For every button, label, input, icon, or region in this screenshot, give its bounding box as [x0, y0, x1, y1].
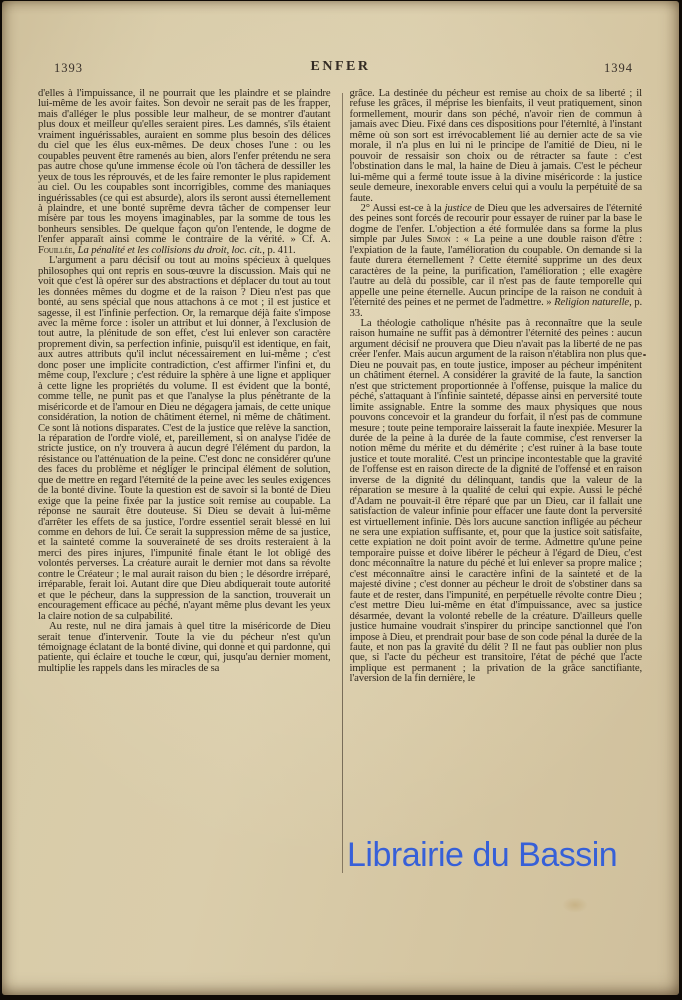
paragraph: d'elles à l'impuissance, il ne pourrait …	[38, 88, 331, 255]
page-header: 1393 ENFER 1394	[2, 59, 679, 79]
paragraph: La théologie catholique n'hésite pas à r…	[350, 318, 643, 684]
book-page: 1393 ENFER 1394 d'elles à l'impuissance,…	[2, 1, 679, 995]
paragraph: Au reste, nul ne dira jamais à quel titr…	[38, 621, 331, 673]
running-title: ENFER	[2, 59, 679, 75]
text-block: d'elles à l'impuissance, il ne pourrait …	[38, 88, 643, 880]
bookseller-watermark: Librairie du Bassin	[347, 836, 617, 875]
paragraph: grâce. La destinée du pécheur est remise…	[350, 88, 643, 203]
paper-speck	[643, 354, 646, 356]
paper-speck	[587, 121, 589, 123]
paragraph: 2° Aussi est-ce à la justice de Dieu que…	[350, 203, 643, 318]
column-divider-rule	[342, 93, 343, 873]
text-column-right: grâce. La destinée du pécheur est remise…	[350, 88, 643, 880]
page-number-right: 1394	[604, 61, 633, 76]
scanned-book-page: { "header": { "page_number_left": "1393"…	[0, 0, 682, 1000]
text-column-left: d'elles à l'impuissance, il ne pourrait …	[38, 88, 331, 880]
paper-stain	[562, 897, 588, 913]
paragraph: L'argument a paru décisif ou tout au moi…	[38, 255, 331, 621]
